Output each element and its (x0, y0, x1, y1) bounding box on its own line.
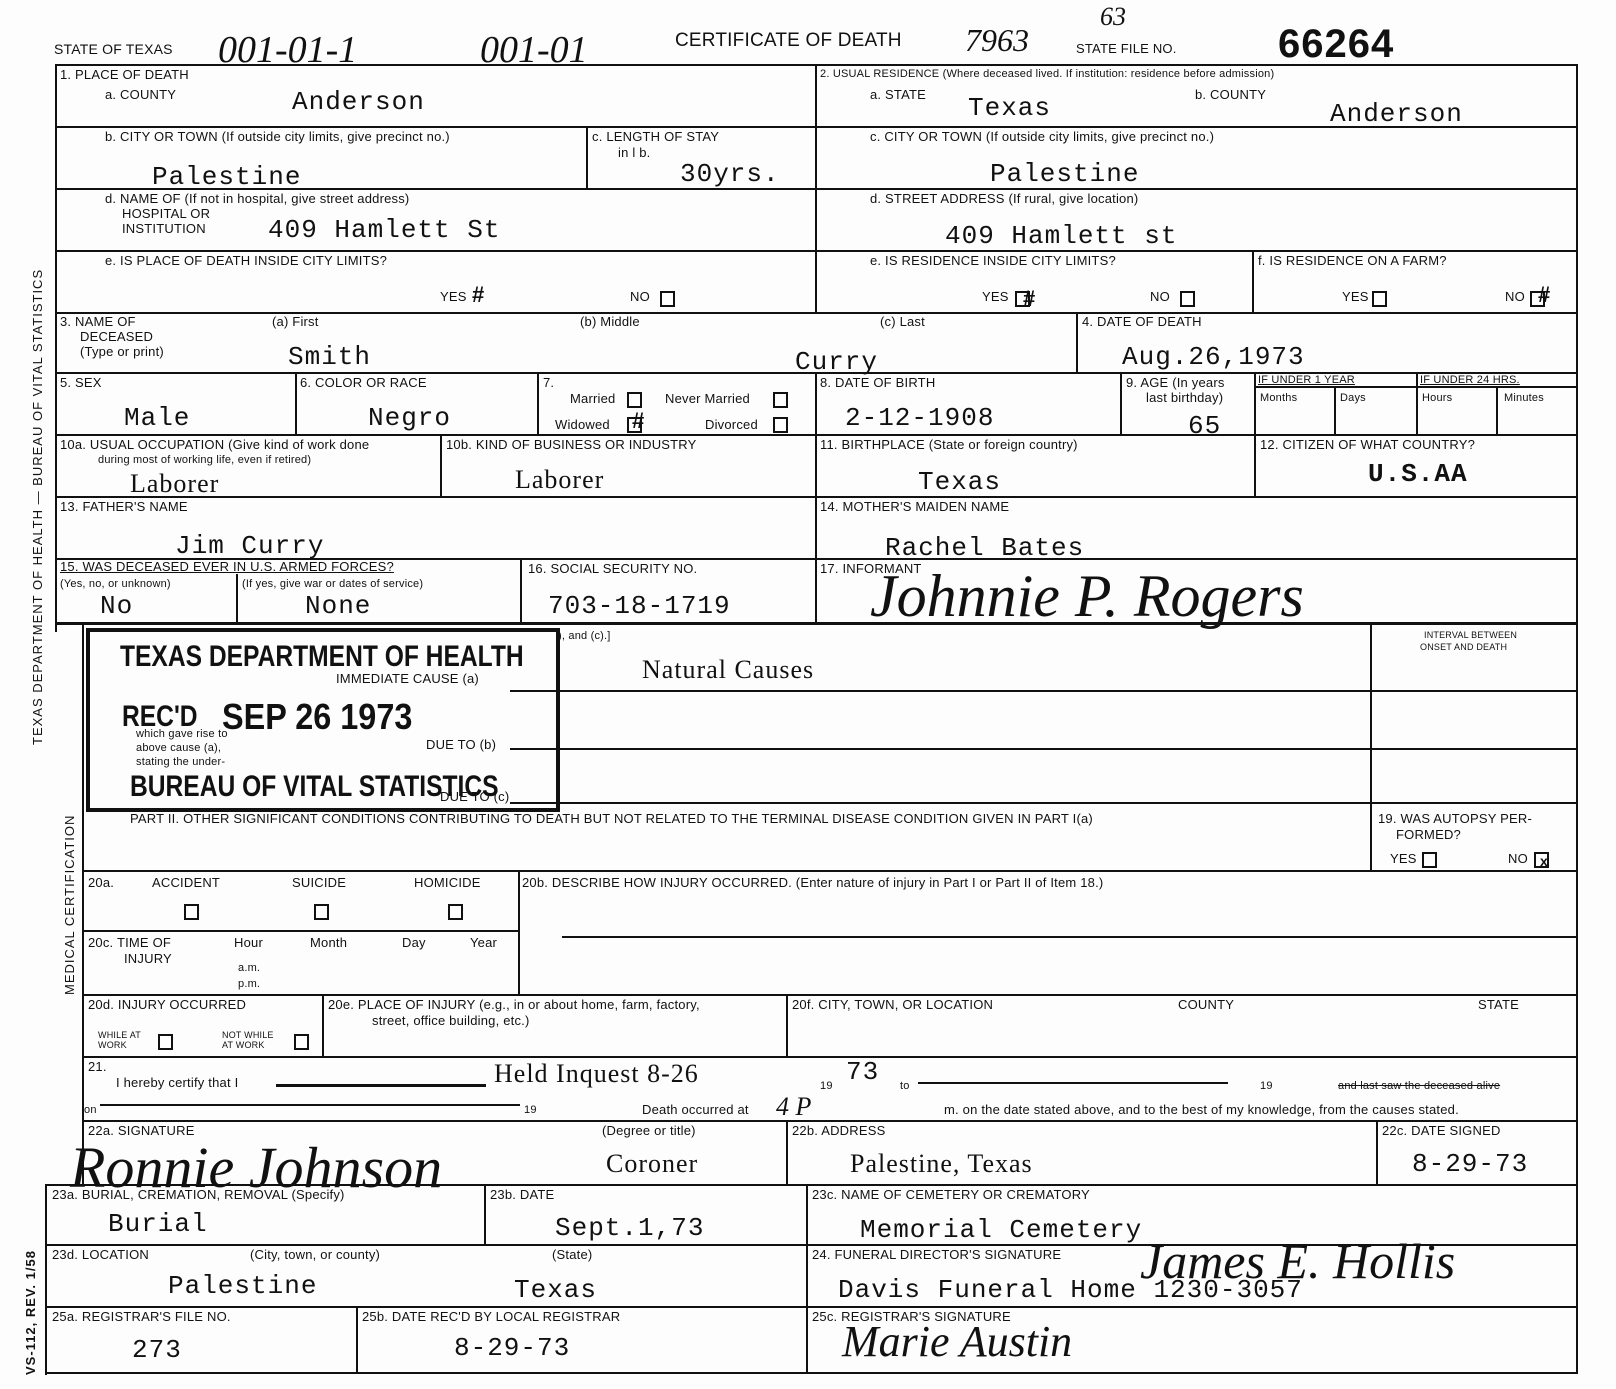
pm-label: p.m. (238, 978, 260, 990)
date-signed-label: 22c. DATE SIGNED (1382, 1124, 1501, 1138)
funeral-director-label: 24. FUNERAL DIRECTOR'S SIGNATURE (812, 1248, 1061, 1262)
age-divider (1120, 372, 1122, 434)
state-of-texas-label: STATE OF TEXAS (54, 42, 173, 56)
race-label: 6. COLOR OR RACE (300, 376, 427, 390)
days-divider (1334, 386, 1336, 434)
homicide-checkbox[interactable] (448, 904, 463, 920)
hospital-label-3: INSTITUTION (122, 222, 206, 236)
stamp-received-label: REC'D (122, 700, 198, 734)
not-while-1: NOT WHILE (222, 1030, 274, 1040)
death-county-value: Anderson (292, 88, 425, 116)
on-line (100, 1104, 520, 1106)
under-1-year-label: IF UNDER 1 YEAR (1258, 374, 1355, 386)
degree-label: (Degree or title) (602, 1124, 696, 1138)
last-name-label: (c) Last (880, 315, 925, 329)
autopsy-no-label: NO (1508, 852, 1528, 866)
frame-left-medical (82, 625, 84, 1185)
occupation-value: Laborer (130, 470, 219, 498)
armed-service-value: None (305, 592, 371, 620)
cemetery-value: Memorial Cemetery (860, 1216, 1142, 1244)
row-divider-16 (45, 1306, 1577, 1308)
death-time-value: 4 P (776, 1092, 811, 1122)
county-label: a. COUNTY (105, 88, 176, 102)
farm-yes-checkbox[interactable] (1372, 291, 1387, 307)
frame-left-top (55, 64, 57, 632)
injury-county-label: COUNTY (1178, 998, 1234, 1012)
mother-label: 14. MOTHER'S MAIDEN NAME (820, 500, 1009, 514)
burial-date-value: Sept.1,73 (555, 1214, 704, 1242)
cause-a-line (510, 690, 1370, 692)
age-label: 9. AGE (In years (1126, 376, 1225, 390)
row-divider-10 (82, 870, 1576, 872)
res-city-value: Palestine (990, 160, 1139, 188)
time-label-2: INJURY (124, 952, 172, 966)
armed-service-divider (236, 574, 238, 624)
age-label-2: last birthday) (1146, 391, 1223, 405)
interval-label-1: INTERVAL BETWEEN (1424, 630, 1517, 640)
suicide-label: SUICIDE (292, 876, 346, 890)
street-label: d. STREET ADDRESS (If rural, give locati… (870, 192, 1138, 206)
res-inside-yes-label: YES (982, 290, 1009, 304)
reg-file-value: 273 (132, 1336, 182, 1364)
describe-divider (518, 870, 520, 996)
widowed-check-icon: # (632, 410, 644, 432)
interval-label-2: ONSET AND DEATH (1420, 642, 1507, 652)
side-label-dept: TEXAS DEPARTMENT OF HEALTH — BUREAU OF V… (30, 269, 45, 745)
date-of-death-value: Aug.26,1973 (1122, 343, 1305, 371)
middle-name-label: (b) Middle (580, 315, 640, 329)
cemetery-divider (806, 1184, 808, 1374)
stay-value: 30yrs. (680, 160, 780, 188)
res-inside-no-label: NO (1150, 290, 1170, 304)
cause-c-line (510, 802, 1370, 804)
date-recd-value: 8-29-73 (454, 1334, 570, 1362)
row-divider-12 (82, 1056, 1576, 1058)
autopsy-no-check-icon: x (1540, 850, 1548, 872)
part2-label: PART II. OTHER SIGNIFICANT CONDITIONS CO… (130, 812, 1093, 826)
hospital-label: d. NAME OF (If not in hospital, give str… (105, 192, 409, 206)
location-state-label: (State) (552, 1248, 592, 1262)
first-name-label: (a) First (272, 315, 319, 329)
citizen-label: 12. CITIZEN OF WHAT COUNTRY? (1260, 438, 1475, 452)
res-county-value: Anderson (1330, 100, 1463, 128)
nineteen-1: 19 (820, 1080, 833, 1092)
date-recd-divider (356, 1306, 358, 1374)
minutes-label: Minutes (1504, 392, 1544, 404)
death-city-value: Palestine (152, 163, 301, 191)
married-checkbox[interactable] (627, 392, 642, 408)
business-value: Laborer (515, 466, 604, 494)
frame-right (1576, 64, 1578, 1374)
date-of-death-divider (1076, 312, 1078, 374)
hospital-value: 409 Hamlett St (268, 216, 500, 244)
funeral-director-signature: James E. Hollis (1140, 1232, 1455, 1290)
describe-injury-label: 20b. DESCRIBE HOW INJURY OCCURRED. (Ente… (522, 876, 1103, 890)
date-signed-divider (1376, 1120, 1378, 1184)
name-label-1: 3. NAME OF (60, 315, 136, 329)
stamp-line-1: TEXAS DEPARTMENT OF HEALTH (120, 640, 524, 674)
interval-b-line (1370, 748, 1576, 750)
res-county-label: b. COUNTY (1195, 88, 1266, 102)
inquest-year-value: 73 (846, 1058, 879, 1086)
father-value: Jim Curry (175, 532, 324, 560)
ssn-divider (520, 558, 522, 624)
farm-yes-label: YES (1342, 290, 1369, 304)
usual-residence-label: 2. USUAL RESIDENCE (Where deceased lived… (820, 68, 1274, 80)
m-text: m. on the date stated above, and to the … (944, 1103, 1459, 1117)
place-of-death-label: 1. PLACE OF DEATH (60, 68, 189, 82)
ssn-label: 16. SOCIAL SECURITY NO. (528, 562, 697, 576)
interval-c-line (1370, 802, 1576, 804)
marital-label: 7. (543, 376, 554, 390)
date-of-death-label: 4. DATE OF DEATH (1082, 315, 1202, 329)
armed-value: No (100, 592, 133, 620)
death-certificate-page: STATE OF TEXAS 001-01-1 001-01 CERTIFICA… (0, 0, 1616, 1389)
name-label-2: DECEASED (80, 330, 153, 344)
armed-sub-1: (Yes, no, or unknown) (60, 578, 171, 590)
location-city-value: Palestine (168, 1272, 317, 1300)
am-label: a.m. (238, 962, 260, 974)
registrar-signature: Marie Austin (842, 1316, 1072, 1367)
location-divider (786, 994, 788, 1056)
date-recd-label: 25b. DATE REC'D BY LOCAL REGISTRAR (362, 1310, 620, 1324)
interval-a-line (1370, 690, 1576, 692)
while-at-work-checkbox[interactable] (158, 1034, 173, 1050)
divorced-checkbox[interactable] (773, 417, 788, 433)
row-divider-14 (45, 1184, 1577, 1186)
widowed-label: Widowed (555, 418, 610, 432)
occupation-label-2: during most of working life, even if ret… (98, 454, 311, 466)
business-divider (440, 434, 442, 496)
armed-forces-label: 15. WAS DECEASED EVER IN U.S. ARMED FORC… (60, 560, 394, 574)
race-divider (295, 372, 297, 434)
accident-checkbox[interactable] (184, 904, 199, 920)
date-signed-value: 8-29-73 (1412, 1150, 1528, 1178)
frame-left-bottom (45, 1185, 47, 1375)
burial-date-label: 23b. DATE (490, 1188, 554, 1202)
reg-file-label: 25a. REGISTRAR'S FILE NO. (52, 1310, 231, 1324)
accident-label: ACCIDENT (152, 876, 220, 890)
stamp-line-3: BUREAU OF VITAL STATISTICS (130, 770, 499, 804)
row-divider-1 (55, 126, 1577, 128)
stay-divider (586, 126, 588, 188)
res-inside-no-checkbox[interactable] (1180, 291, 1195, 307)
res-inside-limits-label: e. IS RESIDENCE INSIDE CITY LIMITS? (870, 254, 1116, 268)
death-occurred-label: Death occurred at (642, 1103, 749, 1117)
divorced-label: Divorced (705, 418, 758, 432)
autopsy-label-1: 19. WAS AUTOPSY PER- (1378, 812, 1532, 826)
certification-number: 21. (88, 1060, 107, 1074)
handwritten-small-code: 63 (1100, 2, 1126, 32)
side-label-form-no: VS-112, REV. 1/58 (23, 1250, 38, 1375)
address-divider (786, 1120, 788, 1184)
to-label: to (900, 1080, 910, 1092)
cause-header-tail: ), and (c).] (558, 630, 611, 642)
address-label: 22b. ADDRESS (792, 1124, 885, 1138)
never-married-checkbox[interactable] (773, 392, 788, 408)
ssn-value: 703-18-1719 (548, 592, 731, 620)
injury-occurred-label: 20d. INJURY OCCURRED (88, 998, 246, 1012)
burial-label: 23a. BURIAL, CREMATION, REMOVAL (Specify… (52, 1188, 345, 1202)
sex-value: Male (124, 404, 190, 432)
stay-label: c. LENGTH OF STAY (592, 130, 719, 144)
farm-label: f. IS RESIDENCE ON A FARM? (1258, 254, 1447, 268)
row-divider-3 (55, 250, 1577, 252)
held-inquest-value: Held Inquest 8-26 (494, 1060, 699, 1088)
married-label: Married (570, 392, 615, 406)
location-state-value: Texas (514, 1276, 597, 1304)
certificate-title: CERTIFICATE OF DEATH (675, 32, 902, 50)
race-value: Negro (368, 404, 451, 432)
state-file-no-label: STATE FILE NO. (1076, 42, 1177, 56)
frame-bottom (45, 1372, 1578, 1374)
side-label-medical: MEDICAL CERTIFICATION (62, 815, 77, 995)
month-label: Month (310, 936, 347, 950)
row-divider-2 (55, 188, 1577, 190)
occupation-label: 10a. USUAL OCCUPATION (Give kind of work… (60, 438, 369, 452)
time-label-1: 20c. TIME OF (88, 936, 171, 950)
hospital-label-2: HOSPITAL OR (122, 207, 210, 221)
inside-no-checkbox[interactable] (660, 291, 675, 307)
never-married-label: Never Married (665, 392, 750, 406)
row-divider-13 (82, 1120, 1576, 1122)
burial-date-divider (484, 1184, 486, 1244)
citizen-value: U.S.AA (1368, 460, 1468, 488)
degree-value: Coroner (606, 1150, 698, 1178)
sex-label: 5. SEX (60, 376, 102, 390)
state-file-number: 66264 (1278, 22, 1394, 67)
under-24-divider (1416, 372, 1418, 434)
hour-label: Hour (234, 936, 263, 950)
cemetery-label: 23c. NAME OF CEMETERY OR CREMATORY (812, 1188, 1090, 1202)
res-inside-yes-check-icon: # (1023, 288, 1035, 310)
describe-line (562, 936, 1576, 938)
injury-type-bottom (82, 930, 518, 932)
res-state-value: Texas (968, 94, 1051, 122)
location-label: 20f. CITY, TOWN, OR LOCATION (792, 998, 993, 1012)
not-while-checkbox[interactable] (294, 1034, 309, 1050)
while-at-work-2: WORK (98, 1040, 127, 1050)
minutes-divider (1496, 386, 1498, 434)
nineteen-2: 19 (1260, 1080, 1273, 1092)
handwritten-year: 7963 (965, 22, 1029, 59)
row-divider-11 (82, 994, 1576, 996)
inside-no-label: NO (630, 290, 650, 304)
dob-label: 8. DATE OF BIRTH (820, 376, 935, 390)
birthplace-value: Texas (918, 468, 1001, 496)
homicide-label: HOMICIDE (414, 876, 481, 890)
armed-sub-2: (If yes, give war or dates of service) (242, 578, 423, 590)
dob-value: 2-12-1908 (845, 404, 994, 432)
days-label: Days (1340, 392, 1366, 404)
name-label-3: (Type or print) (80, 345, 164, 359)
struck-text (276, 1084, 486, 1087)
injury-type-label: 20a. (88, 876, 114, 890)
autopsy-yes-label: YES (1390, 852, 1417, 866)
not-while-2: AT WORK (222, 1040, 265, 1050)
res-state-label: a. STATE (870, 88, 926, 102)
inside-yes-check-icon[interactable]: # (472, 284, 484, 306)
informant-signature: Johnnie P. Rogers (870, 562, 1304, 631)
while-at-work-1: WHILE AT (98, 1030, 141, 1040)
birthplace-label: 11. BIRTHPLACE (State or foreign country… (820, 438, 1078, 452)
stamp-received-date: SEP 26 1973 (222, 696, 412, 738)
to-line (918, 1082, 1228, 1084)
cause-b-line (510, 748, 1370, 750)
res-street-value: 409 Hamlett st (945, 222, 1177, 250)
farm-no-label: NO (1505, 290, 1525, 304)
months-label: Months (1260, 392, 1297, 404)
inside-yes-label: YES (440, 290, 467, 304)
business-label: 10b. KIND OF BUSINESS OR INDUSTRY (446, 438, 697, 452)
injury-state-label: STATE (1478, 998, 1519, 1012)
certify-text: I hereby certify that I (116, 1076, 238, 1090)
farm-no-check-icon: # (1538, 284, 1550, 306)
under-header-line (1254, 386, 1576, 388)
father-label: 13. FATHER'S NAME (60, 500, 188, 514)
place-injury-label-2: street, office building, etc.) (372, 1014, 530, 1028)
burial-value: Burial (108, 1210, 208, 1238)
hours-label: Hours (1422, 392, 1452, 404)
address-value: Palestine, Texas (850, 1150, 1033, 1178)
year-label: Year (470, 936, 497, 950)
place-injury-divider (322, 994, 324, 1056)
under-24-label: IF UNDER 24 HRS. (1420, 374, 1520, 386)
stay-label-2: in l b. (618, 146, 650, 160)
place-injury-label-1: 20e. PLACE OF INJURY (e.g., in or about … (328, 998, 700, 1012)
city-label: b. CITY OR TOWN (If outside city limits,… (105, 130, 450, 144)
immediate-cause-value: Natural Causes (642, 656, 814, 684)
day-label: Day (402, 936, 426, 950)
last-saw-text: and last saw the deceased alive (1338, 1080, 1500, 1092)
suicide-checkbox[interactable] (314, 904, 329, 920)
marital-divider (537, 372, 539, 434)
farm-divider (1252, 250, 1254, 312)
location-disp-label: 23d. LOCATION (52, 1248, 149, 1262)
first-name-value: Smith (288, 343, 371, 371)
location-city-label: (City, town, or county) (250, 1248, 380, 1262)
res-city-label: c. CITY OR TOWN (If outside city limits,… (870, 130, 1214, 144)
row-divider-6 (55, 434, 1577, 436)
autopsy-yes-checkbox[interactable] (1422, 852, 1437, 868)
autopsy-label-2: FORMED? (1396, 828, 1461, 842)
inside-limits-label: e. IS PLACE OF DEATH INSIDE CITY LIMITS? (105, 254, 387, 268)
on-label: on (84, 1104, 97, 1116)
mother-divider (815, 496, 817, 624)
nineteen-3: 19 (524, 1104, 537, 1116)
row-divider-9 (55, 622, 1577, 625)
